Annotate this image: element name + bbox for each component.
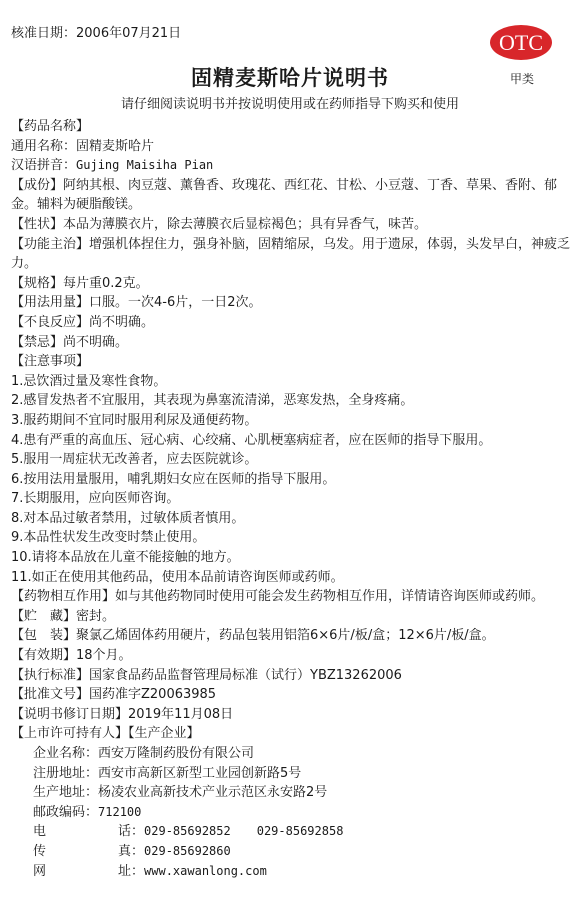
fax-label-char1: 传 bbox=[33, 842, 118, 862]
document-subtitle: 请仔细阅读说明书并按说明使用或在药师指导下购买和使用 bbox=[0, 93, 580, 112]
postal-code-value: 712100 bbox=[98, 805, 141, 819]
precaution-item: 7.长期服用，应向医师咨询。 bbox=[11, 489, 576, 509]
contraindications: 【禁忌】尚不明确。 bbox=[11, 333, 576, 353]
fax-row: 传真：029-85692860 bbox=[11, 842, 576, 862]
shelf-life: 【有效期】18个月。 bbox=[11, 646, 576, 666]
fax-number: 029-85692860 bbox=[144, 844, 231, 858]
document-title: 固精麦斯哈片说明书 bbox=[0, 62, 580, 92]
phone-number-1: 029-85692852 bbox=[144, 824, 231, 838]
postal-code-label: 邮政编码： bbox=[33, 805, 98, 820]
approval-number: 【批准文号】国药准字Z20063985 bbox=[11, 685, 576, 705]
precaution-item: 2.感冒发热者不宜服用，其表现为鼻塞流清涕，恶寒发热，全身疼痛。 bbox=[11, 391, 576, 411]
approval-date: 核准日期：2006年07月21日 bbox=[11, 22, 181, 41]
precaution-item: 1.忌饮酒过量及寒性食物。 bbox=[11, 372, 576, 392]
company-name: 企业名称：西安万隆制药股份有限公司 bbox=[11, 744, 576, 764]
phone-row: 电话：029-85692852029-85692858 bbox=[11, 822, 576, 842]
precaution-item: 11.如正在使用其他药品，使用本品前请咨询医师或药师。 bbox=[11, 568, 576, 588]
adverse-reactions: 【不良反应】尚不明确。 bbox=[11, 313, 576, 333]
phone-label-char2: 话： bbox=[118, 824, 144, 839]
precaution-item: 4.患有严重的高血压、冠心病、心绞痛、心肌梗塞病症者，应在医师的指导下服用。 bbox=[11, 431, 576, 451]
fax-label-char2: 真： bbox=[118, 844, 144, 859]
revision-date: 【说明书修订日期】2019年11月08日 bbox=[11, 705, 576, 725]
otc-logo-text: OTC bbox=[499, 32, 543, 54]
precaution-item: 9.本品性状发生改变时禁止使用。 bbox=[11, 528, 576, 548]
ingredients: 【成份】阿纳其根、肉豆蔻、薰鲁香、玫瑰花、西红花、甘松、小豆蔻、丁香、草果、香附… bbox=[11, 176, 576, 215]
pinyin-value: Gujing Maisiha Pian bbox=[76, 158, 213, 172]
precaution-item: 3.服药期间不宜同时服用利尿及通便药物。 bbox=[11, 411, 576, 431]
indications: 【功能主治】增强机体捏住力，强身补脑，固精缩尿，乌发。用于遗尿，体弱，头发早白，… bbox=[11, 235, 576, 274]
packaging: 【包 装】聚氯乙烯固体药用硬片，药品包装用铝箔6×6片/板/盒；12×6片/板/… bbox=[11, 626, 576, 646]
production-address: 生产地址：杨凌农业高新技术产业示范区永安路2号 bbox=[11, 783, 576, 803]
drug-interactions: 【药物相互作用】如与其他药物同时使用可能会发生药物相互作用，详情请咨询医师或药师… bbox=[11, 587, 576, 607]
phone-number-2: 029-85692858 bbox=[257, 824, 344, 838]
leaflet-content: 【药品名称】 通用名称：固精麦斯哈片 汉语拼音：Gujing Maisiha P… bbox=[11, 117, 576, 881]
pinyin-label: 汉语拼音： bbox=[11, 158, 76, 173]
otc-logo: OTC bbox=[490, 25, 552, 60]
precaution-item: 6.按用法用量服用，哺乳期妇女应在医师的指导下服用。 bbox=[11, 470, 576, 490]
description: 【性状】本品为薄膜衣片，除去薄膜衣后显棕褐色；具有异香气，味苦。 bbox=[11, 215, 576, 235]
website-label-char1: 网 bbox=[33, 862, 118, 882]
postal-code: 邮政编码：712100 bbox=[11, 803, 576, 823]
drug-name-heading: 【药品名称】 bbox=[11, 117, 576, 137]
precaution-item: 8.对本品过敏者禁用，过敏体质者慎用。 bbox=[11, 509, 576, 529]
phone-label-char1: 电 bbox=[33, 822, 118, 842]
manufacturer-heading: 【上市许可持有人】【生产企业】 bbox=[11, 724, 576, 744]
dosage: 【用法用量】口服。一次4-6片，一日2次。 bbox=[11, 293, 576, 313]
website-row: 网址：www.xawanlong.com bbox=[11, 862, 576, 882]
common-name: 通用名称：固精麦斯哈片 bbox=[11, 137, 576, 157]
website-url: www.xawanlong.com bbox=[144, 864, 267, 878]
precautions-heading: 【注意事项】 bbox=[11, 352, 576, 372]
website-label-char2: 址： bbox=[118, 864, 144, 879]
precaution-item: 5.服用一周症状无改善者，应去医院就诊。 bbox=[11, 450, 576, 470]
executive-standard: 【执行标准】国家食品药品监督管理局标准（试行）YBZ13262006 bbox=[11, 666, 576, 686]
precaution-item: 10.请将本品放在儿童不能接触的地方。 bbox=[11, 548, 576, 568]
pinyin-name: 汉语拼音：Gujing Maisiha Pian bbox=[11, 156, 576, 176]
storage: 【贮 藏】密封。 bbox=[11, 607, 576, 627]
registered-address: 注册地址：西安市高新区新型工业园创新路5号 bbox=[11, 764, 576, 784]
specification: 【规格】每片重0.2克。 bbox=[11, 274, 576, 294]
